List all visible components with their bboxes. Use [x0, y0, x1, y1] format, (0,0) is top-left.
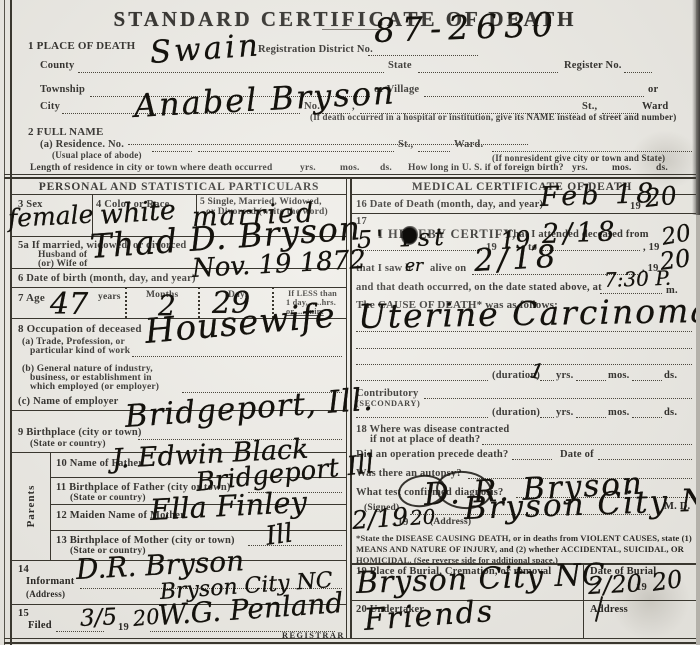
date-of-death-value-handwriting: Feb 18 — [540, 180, 658, 211]
dotted-line — [128, 144, 528, 145]
dotted-line — [632, 380, 662, 381]
dotted-line — [482, 444, 692, 445]
left-border-inner — [10, 0, 12, 645]
birthplace-note: (State or country) — [30, 439, 106, 450]
dotted-line — [368, 55, 478, 56]
occupation-b-label-3: which employed (or employer) — [30, 382, 159, 393]
scan-edge-dark-strip — [692, 0, 700, 215]
dotted-line — [132, 356, 342, 357]
filed-label: Filed — [28, 620, 52, 632]
burial-year-handwriting: 20 — [650, 567, 684, 595]
us-yrs-label: yrs. — [572, 163, 588, 174]
occupation-label: 8 Occupation of deceased — [18, 323, 142, 336]
date-of-death-label: 16 Date of Death (month, day, and year) — [356, 199, 543, 211]
length-yrs-label: yrs. — [300, 163, 316, 174]
date-of-label: Date of — [560, 449, 594, 461]
signed-year-handwriting: 20 — [409, 506, 436, 528]
duration-mos-label: mos. — [608, 370, 630, 382]
city-label: City — [40, 101, 60, 113]
birthplace-label: 9 Birthplace (city or town) — [18, 427, 142, 439]
dotted-line — [152, 151, 192, 152]
dotted-line — [540, 417, 554, 418]
dotted-line — [632, 417, 662, 418]
row-line — [10, 194, 346, 195]
duration2-yrs-label: yrs. — [556, 407, 573, 419]
dotted-line — [356, 348, 692, 349]
registrar-label: REGISTRAR — [282, 631, 345, 641]
dod-year-handwriting: 20 — [644, 183, 678, 211]
dotted-line — [624, 72, 652, 73]
row-line — [50, 530, 346, 531]
dotted-line — [78, 72, 384, 73]
how-long-us-label: How long in U. S. if of foreign birth? — [408, 163, 564, 174]
filed-number: 15 — [18, 608, 29, 620]
age-years-label: years — [98, 292, 121, 303]
dob-label: 6 Date of birth (month, day, and year) — [18, 273, 196, 285]
saw-date-handwriting: 2/18 — [473, 242, 560, 277]
death-time-value-handwriting: 7:30 P. — [604, 268, 672, 290]
birthplace-value-handwriting: Bridgeport, Ill. — [124, 385, 375, 433]
dotted-line — [418, 151, 450, 152]
dotted-line — [576, 417, 606, 418]
register-no-label: Register No. — [564, 60, 622, 72]
occupation-a-label-2: particular kind of work — [30, 346, 130, 357]
duration-yrs-label: yrs. — [556, 370, 573, 382]
dotted-line — [424, 398, 692, 399]
residence-st-label: St., — [398, 139, 413, 151]
place-of-death-label: 1 PLACE OF DEATH — [28, 40, 135, 53]
bottom-border-inner — [4, 642, 697, 644]
county-label: County — [40, 60, 74, 72]
dotted-line — [492, 151, 692, 152]
residence-ward-label: Ward. — [454, 139, 483, 151]
death-time-label: and that death occurred, on the date sta… — [356, 282, 602, 294]
informant-address-label: (Address) — [26, 589, 65, 599]
dotted-line — [512, 459, 552, 460]
saw-alive-label-2: alive on — [430, 263, 466, 275]
burial-date-value-handwriting: 2/20 — [587, 571, 642, 598]
duration2-mos-label: mos. — [608, 407, 630, 419]
saw-er-handwriting: er — [405, 258, 423, 275]
length-of-residence-label: Length of residence in city or town wher… — [30, 163, 272, 174]
duration2-label: (duration) — [492, 407, 540, 419]
burial-place-value-handwriting: Bryson City NC — [355, 560, 606, 599]
state-label: State — [388, 60, 412, 72]
dotted-line — [602, 113, 638, 114]
row-line — [351, 213, 697, 214]
dob-value-handwriting: Nov. 19 1872 — [191, 247, 366, 282]
operation-label: Did an operation precede death? — [356, 449, 508, 461]
age-years-value-handwriting: 47 — [50, 290, 88, 320]
registration-district-label: Registration District No. — [258, 44, 373, 56]
dotted-line — [576, 380, 606, 381]
where-contracted-label-2: if not at place of death? — [370, 434, 480, 446]
dotted-line — [356, 364, 692, 365]
bottom-border-outer — [4, 638, 697, 639]
dotted-line — [356, 380, 488, 381]
registration-district-value-handwriting: 87-2630 — [373, 8, 560, 47]
length-ds-label: ds. — [380, 163, 392, 174]
township-label: Township — [40, 84, 85, 96]
dotted-line — [360, 113, 578, 114]
dotted-line — [418, 72, 558, 73]
duration2-ds-label: ds. — [664, 407, 677, 419]
father-birthplace-note: (State or country) — [70, 493, 146, 504]
section-divider-line — [4, 174, 697, 175]
dotted-line — [150, 631, 335, 632]
sex-value-handwriting: female — [7, 202, 94, 231]
dotted-line — [248, 545, 342, 546]
cell-divider-line — [125, 287, 128, 318]
dotted-line — [598, 459, 692, 460]
full-name-label: 2 FULL NAME — [28, 126, 104, 139]
signed-address-value-handwriting: Bryson City NC — [463, 485, 700, 525]
dotted-line — [356, 417, 488, 418]
filed-year-handwriting: 20 — [132, 606, 161, 630]
filed-printed-19: 19 — [118, 622, 129, 634]
informant-label: Informant — [26, 576, 74, 588]
filed-date-handwriting: 3/5 — [79, 606, 117, 631]
left-border-outer — [4, 0, 5, 645]
age-label: 7 Age — [18, 292, 45, 305]
cause-of-death-value-handwriting: Uterine Carcinoma — [358, 294, 700, 333]
dotted-line — [424, 96, 644, 97]
abode-note: (Usual place of abode) — [52, 150, 142, 160]
signed-date-handwriting: 2/19 — [351, 504, 409, 533]
personal-section-heading: PERSONAL AND STATISTICAL PARTICULARS — [12, 181, 346, 193]
dotted-line — [540, 380, 554, 381]
informant-number: 14 — [18, 564, 29, 576]
us-mos-label: mos. — [612, 163, 632, 174]
occupation-c-label: (c) Name of employer — [18, 396, 119, 408]
or-suffix: or — [648, 84, 658, 96]
duration-ds-label: ds. — [664, 370, 677, 382]
death-certificate-scan: STANDARD CERTIFICATE OF DEATH 1 PLACE OF… — [0, 0, 700, 645]
parents-vertical-label: Parents — [25, 485, 37, 528]
length-mos-label: mos. — [340, 163, 360, 174]
mother-birthplace-value-handwriting: Ill — [264, 520, 294, 549]
undertaker-value-handwriting: Friends — [363, 597, 495, 636]
county-value-handwriting: Swain — [149, 30, 262, 69]
parents-cell-divider — [50, 452, 51, 560]
dotted-line — [198, 151, 394, 152]
